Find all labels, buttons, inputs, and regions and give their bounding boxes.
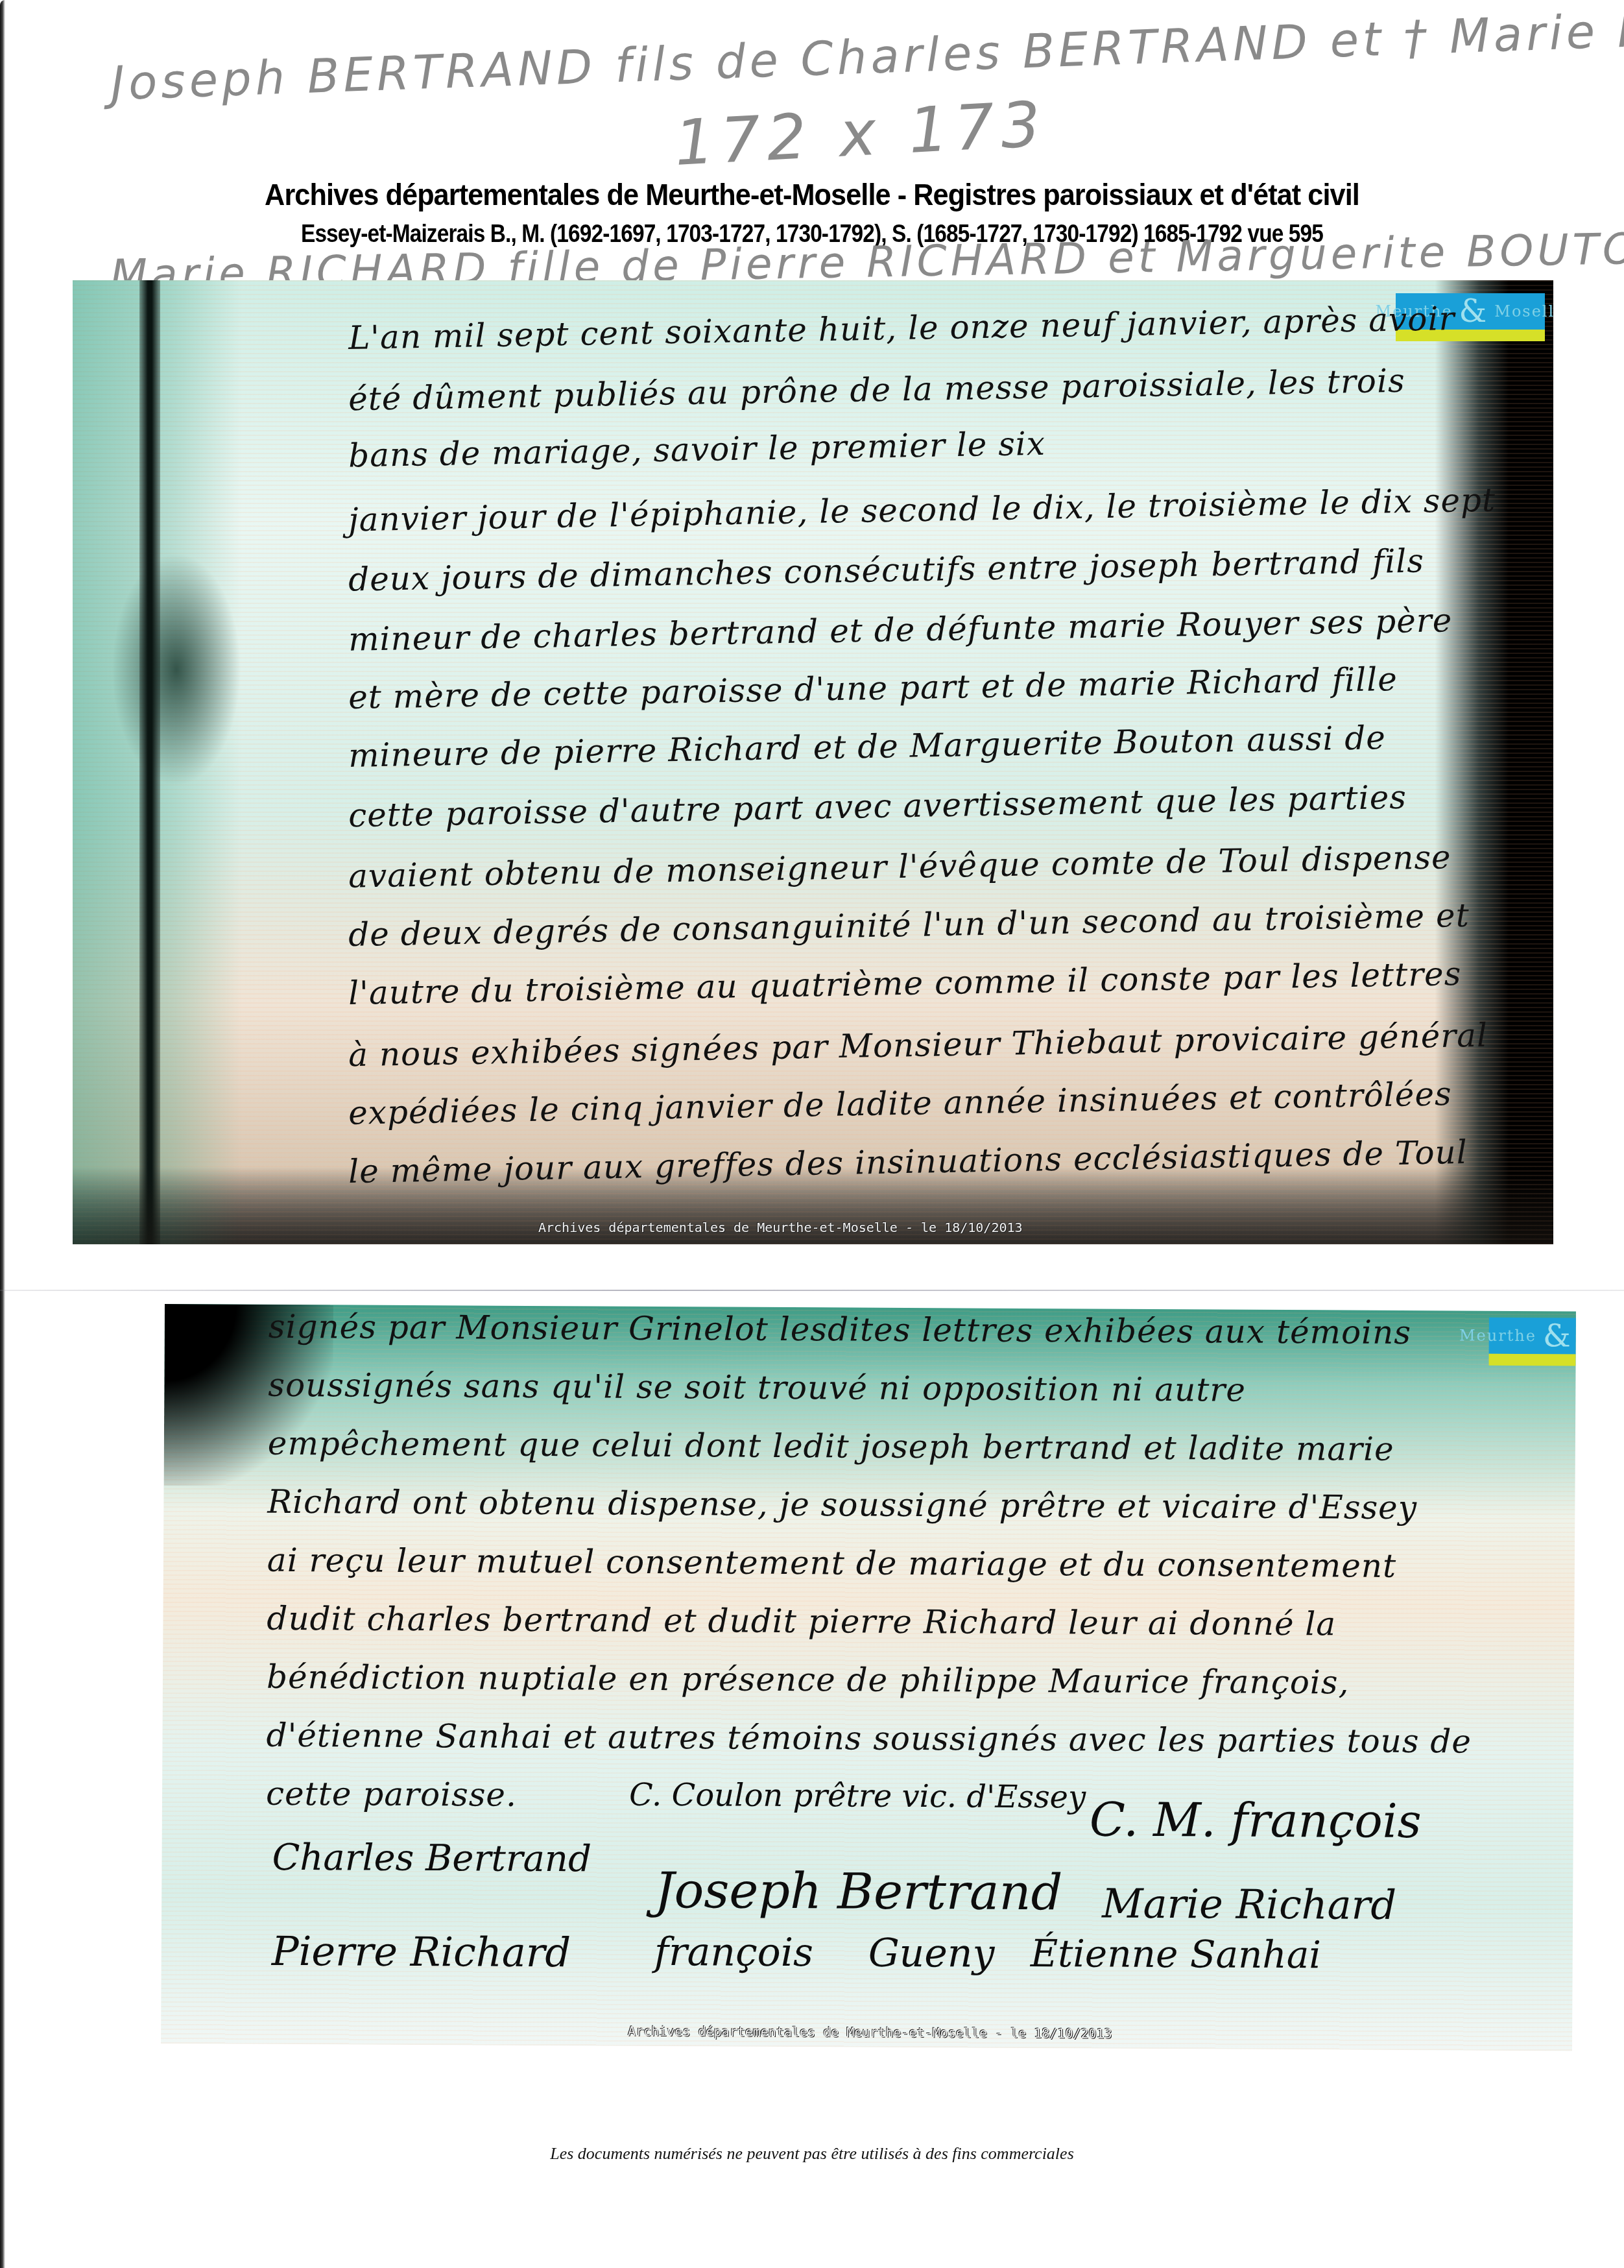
register-scan-lower: Meurthe & signés par Monsieur Grinelot l…	[161, 1304, 1576, 2051]
ink-blot	[112, 553, 241, 786]
handwriting-line: L'an mil sept cent soixante huit, le onz…	[348, 300, 1455, 357]
signature-joseph-bertrand: Joseph Bertrand	[654, 1861, 1062, 1921]
pencil-annotation-ref-numbers: 172 x 173	[673, 88, 1048, 180]
archive-watermark: Archives départementales de Meurthe-et-M…	[538, 1220, 1023, 1235]
handwritten-text-lower: signés par Monsieur Grinelot lesdites le…	[165, 1304, 1576, 1311]
handwriting-line: dudit charles bertrand et dudit pierre R…	[267, 1600, 1336, 1643]
handwriting-line: ai reçu leur mutuel consentement de mari…	[267, 1541, 1396, 1585]
pencil-annotation-groom: Joseph BERTRAND fils de Charles BERTRAND…	[110, 0, 1624, 110]
logo-text-right: Moselle	[1494, 302, 1553, 320]
handwriting-line: de deux degrés de consanguinité l'un d'u…	[348, 897, 1470, 954]
handwriting-line: Richard ont obtenu dispense, je soussign…	[267, 1483, 1417, 1526]
signature-francois: françois	[654, 1929, 813, 1975]
signature-marie-richard: Marie Richard	[1102, 1880, 1396, 1929]
handwriting-line: deux jours de dimanches consécutifs entr…	[348, 542, 1425, 599]
meurthe-moselle-logo: Meurthe &	[1489, 1318, 1576, 1366]
handwriting-line: empêchement que celui dont ledit joseph …	[268, 1425, 1394, 1468]
logo-yellow-band	[1489, 1354, 1576, 1366]
handwriting-line: à nous exhibées signées par Monsieur Thi…	[348, 1017, 1488, 1074]
signature-witness-francois: C. M. françois	[1090, 1792, 1422, 1848]
archive-watermark: Archives départementales de Meurthe-et-M…	[628, 2023, 1112, 2042]
signature-pierre-richard: Pierre Richard	[272, 1927, 571, 1976]
signature-priest: C. Coulon prêtre vic. d'Essey	[629, 1777, 1086, 1816]
ampersand-icon: &	[1543, 1318, 1572, 1354]
handwriting-line: et mère de cette paroisse d'une part et …	[348, 660, 1398, 716]
binding-stripe	[139, 280, 160, 1244]
handwriting-line: l'autre du troisième au quatrième comme …	[348, 955, 1462, 1012]
signature-gueny: Gueny	[868, 1931, 995, 1977]
handwriting-line: cette paroisse d'autre part avec avertis…	[348, 778, 1407, 834]
handwriting-line: janvier jour de l'épiphanie, le second l…	[348, 481, 1496, 539]
handwriting-line: avaient obtenu de monseigneur l'évêque c…	[348, 838, 1452, 895]
signature-charles-bertrand: Charles Bertrand	[272, 1837, 591, 1881]
handwriting-line: bans de mariage, savoir le premier le si…	[348, 425, 1046, 475]
handwriting-line: signés par Monsieur Grinelot lesdites le…	[269, 1308, 1411, 1351]
handwriting-line: soussignés sans qu'il se soit trouvé ni …	[268, 1366, 1246, 1409]
handwriting-line: été dûment publiés au prône de la messe …	[348, 362, 1405, 418]
logo-text-left: Meurthe	[1459, 1326, 1536, 1345]
register-scan-upper: Meurthe & Moselle L'an mil sept cent soi…	[73, 280, 1553, 1244]
handwriting-line: mineur de charles bertrand et de défunte…	[348, 601, 1453, 658]
handwriting-line: expédiées le cinq janvier de ladite anné…	[348, 1075, 1453, 1132]
page-edge	[0, 0, 5, 2268]
handwriting-line: bénédiction nuptiale en présence de phil…	[267, 1658, 1350, 1702]
handwriting-line: d'étienne Sanhai et autres témoins souss…	[266, 1717, 1472, 1761]
signature-etienne-sanhai: Étienne Sanhai	[1031, 1931, 1321, 1977]
usage-notice: Les documents numérisés ne peuvent pas ê…	[0, 2144, 1624, 2164]
archive-header-title: Archives départementales de Meurthe-et-M…	[65, 176, 1559, 212]
ampersand-icon: &	[1459, 293, 1488, 330]
handwriting-line: mineure de pierre Richard et de Margueri…	[348, 719, 1387, 775]
scan-separator	[0, 1290, 1624, 1291]
handwriting-line: cette paroisse.	[266, 1775, 517, 1814]
